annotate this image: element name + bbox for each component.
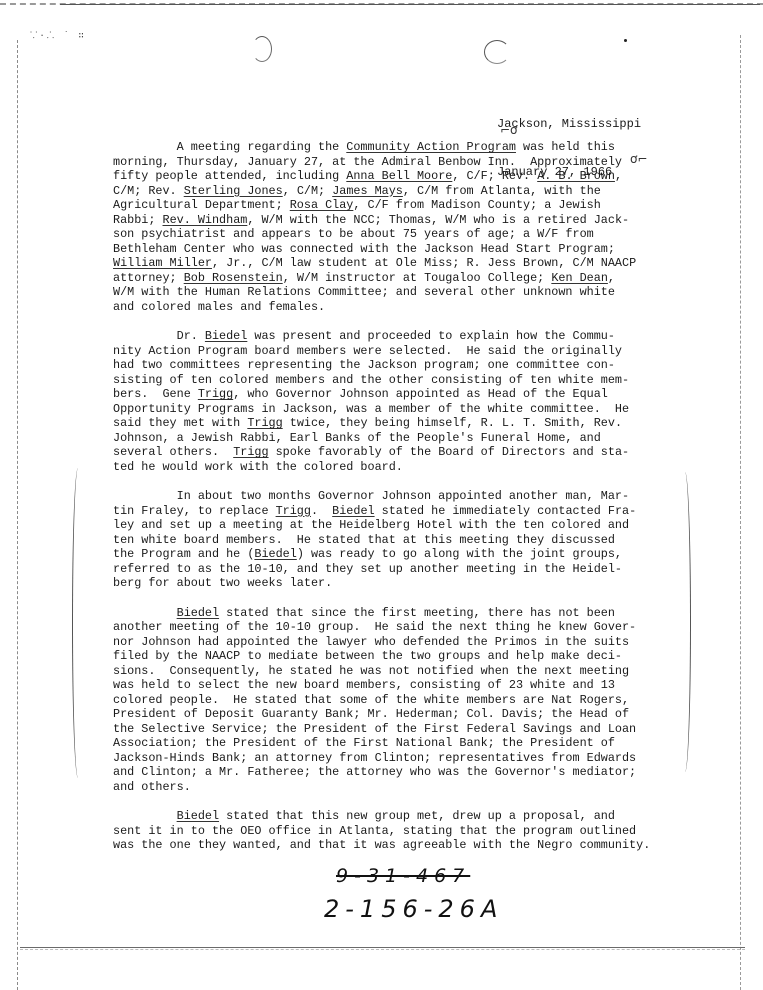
text-line: and others. (113, 780, 673, 795)
text-line: the Selective Service; the President of … (113, 722, 673, 737)
margin-bracket-right (676, 472, 691, 772)
text-line: berg for about two weeks later. (113, 576, 673, 591)
document-page: ⸪·⸫ ˙ ∷ Jackson, Mississippi January 27,… (0, 0, 763, 990)
text-line: sions. Consequently, he stated he was no… (113, 664, 673, 679)
text-line: C/M; Rev. Sterling Jones, C/M; James May… (113, 184, 673, 199)
text-line: morning, Thursday, January 27, at the Ad… (113, 155, 673, 170)
text-line: son psychiatrist and appears to be about… (113, 227, 673, 242)
file-number-crossed-out: 9-31-467 (336, 865, 470, 887)
right-margin-rule (740, 35, 741, 990)
page-top-edge-line (60, 4, 760, 5)
ink-dot (624, 39, 627, 42)
text-line: A meeting regarding the Community Action… (113, 140, 673, 155)
text-line: Dr. Biedel was present and proceeded to … (113, 329, 673, 344)
text-line: nity Action Program board members were s… (113, 344, 673, 359)
text-line: was the one they wanted, and that it was… (113, 838, 673, 853)
page-bottom-edge (20, 947, 745, 948)
text-line: was held to select the new board members… (113, 678, 673, 693)
text-line: referred to as the 10-10, and they set u… (113, 562, 673, 577)
paragraph: Biedel stated that this new group met, d… (113, 809, 673, 853)
margin-bracket-left (72, 468, 87, 778)
text-line: Biedel stated that this new group met, d… (113, 809, 673, 824)
punch-hole-mark-right (484, 40, 510, 64)
text-line: attorney; Bob Rosenstein, W/M instructor… (113, 271, 673, 286)
memo-body: A meeting regarding the Community Action… (113, 140, 673, 868)
margin-scribble: ⸪·⸫ ˙ ∷ (30, 28, 86, 41)
text-line: Agricultural Department; Rosa Clay, C/F … (113, 198, 673, 213)
file-number: 2-156-26A (324, 895, 503, 923)
paragraph: In about two months Governor Johnson app… (113, 489, 673, 591)
text-line: Opportunity Programs in Jackson, was a m… (113, 402, 673, 417)
text-line: sisting of ten colored members and the o… (113, 373, 673, 388)
paragraph: A meeting regarding the Community Action… (113, 140, 673, 314)
text-line: ley and set up a meeting at the Heidelbe… (113, 518, 673, 533)
text-line: said they met with Trigg twice, they bei… (113, 416, 673, 431)
check-mark-icon: ⌐ơ (500, 123, 517, 137)
text-line: William Miller, Jr., C/M law student at … (113, 256, 673, 271)
text-line: nor Johnson had appointed the lawyer who… (113, 635, 673, 650)
text-line: Rabbi; Rev. Windham, W/M with the NCC; T… (113, 213, 673, 228)
text-line: and Clinton; a Mr. Fatheree; the attorne… (113, 765, 673, 780)
text-line: filed by the NAACP to mediate between th… (113, 649, 673, 664)
text-line: tin Fraley, to replace Trigg. Biedel sta… (113, 504, 673, 519)
left-margin-rule (17, 40, 18, 990)
text-line: had two committees representing the Jack… (113, 358, 673, 373)
text-line: ted he would work with the colored board… (113, 460, 673, 475)
text-line: Bethleham Center who was connected with … (113, 242, 673, 257)
page-bottom-edge-shadow (20, 949, 745, 950)
text-line: Biedel stated that since the first meeti… (113, 606, 673, 621)
text-line: fifty people attended, including Anna Be… (113, 169, 673, 184)
punch-hole-mark-left (252, 36, 272, 62)
text-line: several others. Trigg spoke favorably of… (113, 445, 673, 460)
text-line: colored people. He stated that some of t… (113, 693, 673, 708)
paragraph: Dr. Biedel was present and proceeded to … (113, 329, 673, 474)
text-line: bers. Gene Trigg, who Governor Johnson a… (113, 387, 673, 402)
text-line: and colored males and females. (113, 300, 673, 315)
text-line: ten white board members. He stated that … (113, 533, 673, 548)
text-line: Jackson-Hinds Bank; an attorney from Cli… (113, 751, 673, 766)
text-line: Association; the President of the First … (113, 736, 673, 751)
text-line: In about two months Governor Johnson app… (113, 489, 673, 504)
text-line: Johnson, a Jewish Rabbi, Earl Banks of t… (113, 431, 673, 446)
text-line: W/M with the Human Relations Committee; … (113, 285, 673, 300)
text-line: another meeting of the 10-10 group. He s… (113, 620, 673, 635)
text-line: sent it in to the OEO office in Atlanta,… (113, 824, 673, 839)
text-line: President of Deposit Guaranty Bank; Mr. … (113, 707, 673, 722)
paragraph: Biedel stated that since the first meeti… (113, 606, 673, 795)
text-line: the Program and he (Biedel) was ready to… (113, 547, 673, 562)
location: Jackson, Mississippi (497, 116, 641, 132)
